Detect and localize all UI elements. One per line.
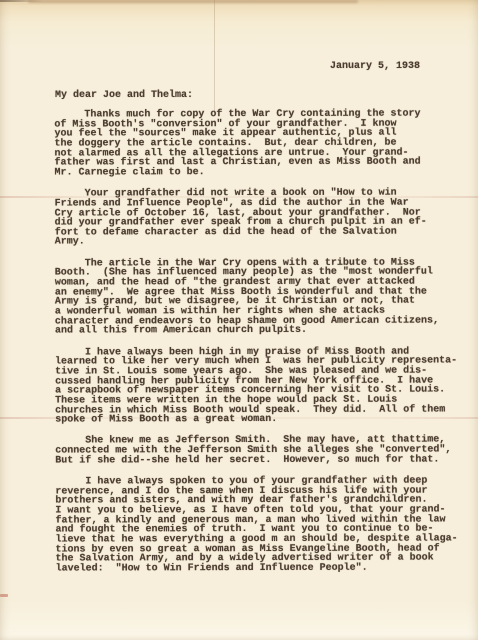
letter-paragraph-3: The article in the War Cry opens with a … (55, 258, 457, 336)
letter-salutation: My dear Joe and Thelma: (55, 91, 193, 101)
paper-scratch (214, 0, 215, 112)
letter-paragraph-4: I have always been high in my praise of … (55, 347, 457, 425)
edge-mark (0, 594, 8, 597)
letter-paragraph-1: Thanks much for copy of the War Cry cont… (54, 109, 456, 178)
scanned-letter-page: January 5, 1938 My dear Joe and Thelma: … (0, 0, 478, 640)
letter-paragraph-6: I have always spoken to you of your gran… (55, 476, 457, 574)
letter-paragraph-2: Your grandfather did not write a book on… (55, 189, 457, 248)
top-edge-shadow (28, 0, 358, 3)
letter-paragraph-5: She knew me as Jefferson Smith. She may … (55, 436, 457, 466)
letter-body: Thanks much for copy of the War Cry cont… (54, 109, 457, 585)
letter-date: January 5, 1938 (330, 62, 420, 72)
